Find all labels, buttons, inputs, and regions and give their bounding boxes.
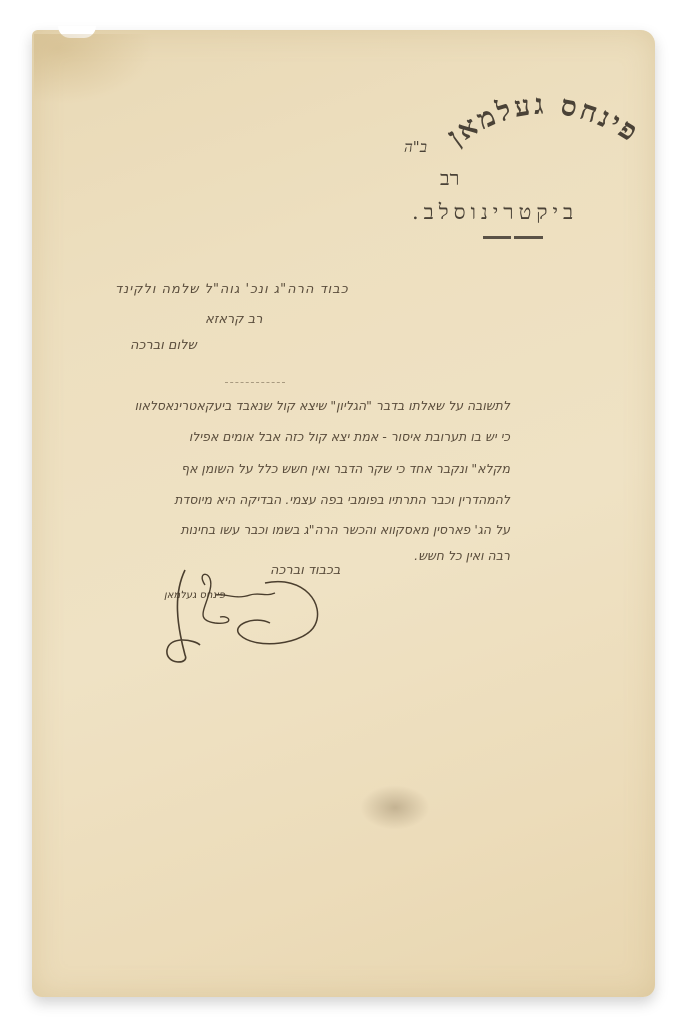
body-line-1: לתשובה על שאלתו בדבר "הגליון" שיצא קול ש… (135, 398, 510, 413)
body-line-6: רבה ואין כל חשש. (414, 548, 510, 563)
letterhead-city: ביקטרינוסלב. (412, 200, 578, 225)
salutation-line-1: כבוד הרה"ג ונכ' גוה"ל שלמה ולקינד (115, 282, 349, 297)
bh-mark: ב"ה (404, 138, 427, 157)
signature: פינחס געלמאן (155, 565, 345, 665)
body-line-3: מקלא" ונקבר אחד כי שקר הדבר ואין חשש כלל… (181, 461, 510, 476)
salutation-line-2: רב קראזא (205, 312, 262, 327)
body-line-2: כי יש בו תערובת איסור - אמת יצא קול כזה … (189, 429, 510, 444)
body-line-4: להמהדרין וכבר התרתיו בפומבי בפה עצמי. הב… (174, 492, 510, 507)
body-line-5: על הג' פארסין מאסקווא והכשר הרה"ג בשמו ו… (180, 522, 510, 537)
age-stain (34, 34, 154, 104)
ink-smudge (360, 785, 430, 830)
letterhead-name-text: פינחס געלמאן (441, 88, 646, 153)
letterhead-rule (483, 236, 543, 239)
svg-text:פינחס געלמאן: פינחס געלמאן (441, 88, 646, 153)
letterhead-name: פינחס געלמאן (420, 70, 670, 180)
letterhead-title: רב (440, 166, 459, 191)
salutation-line-3: שלום וברכה (130, 338, 197, 353)
separator (225, 382, 285, 384)
signature-text: פינחס געלמאן (164, 590, 226, 601)
